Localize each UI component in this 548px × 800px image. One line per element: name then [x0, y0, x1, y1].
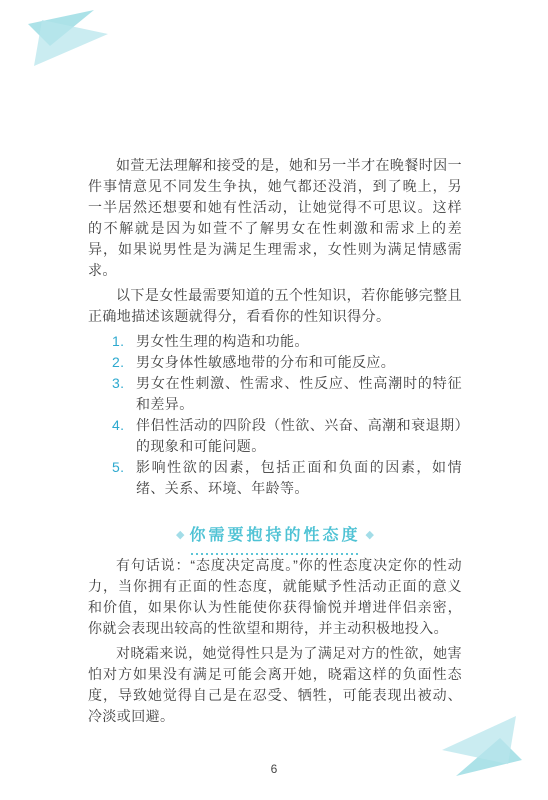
page-content: 如萱无法理解和接受的是，她和另一半才在晚餐时因一件事情意见不同发生争执，她气都还… — [88, 155, 462, 731]
diamond-icon: ◆ — [366, 529, 374, 541]
paragraph-attitude: 有句话说：“态度决定高度。”你的性态度决定你的性动力，当你拥有正面的性态度，就能… — [88, 555, 462, 639]
list-item-number: 2. — [112, 352, 124, 373]
list-item-text: 影响性欲的因素，包括正面和负面的因素，如情绪、关系、环境、年龄等。 — [136, 459, 462, 496]
page-number: 6 — [0, 762, 548, 776]
paragraph-five-knowledge-intro: 以下是女性最需要知道的五个性知识，若你能够完整且正确地描述该题就得分，看看你的性… — [88, 285, 462, 327]
list-item: 1. 男女性生理的构造和功能。 — [88, 331, 462, 352]
list-item-number: 1. — [112, 331, 124, 352]
list-item-number: 3. — [112, 373, 124, 394]
triangle-motif-icon — [26, 8, 110, 70]
knowledge-list: 1. 男女性生理的构造和功能。 2. 男女身体性敏感地带的分布和可能反应。 3.… — [88, 331, 462, 499]
list-item-number: 5. — [112, 457, 124, 478]
section-heading: ◆你需要抱持的性态度◆ — [88, 523, 462, 548]
list-item: 3. 男女在性刺激、性需求、性反应、性高潮时的特征和差异。 — [88, 373, 462, 415]
paragraph-ruxuan-story: 如萱无法理解和接受的是，她和另一半才在晚餐时因一件事情意见不同发生争执，她气都还… — [88, 155, 462, 281]
list-item-text: 伴侣性活动的四阶段（性欲、兴奋、高潮和衰退期）的现象和可能问题。 — [136, 417, 462, 454]
list-item: 2. 男女身体性敏感地带的分布和可能反应。 — [88, 352, 462, 373]
list-item-number: 4. — [112, 415, 124, 436]
corner-ornament-top-left — [26, 8, 110, 75]
section-heading-text: 你需要抱持的性态度 — [189, 527, 360, 544]
list-item-text: 男女在性刺激、性需求、性反应、性高潮时的特征和差异。 — [136, 375, 462, 412]
section-heading-block: ◆你需要抱持的性态度◆ — [88, 523, 462, 555]
list-item: 5. 影响性欲的因素，包括正面和负面的因素，如情绪、关系、环境、年龄等。 — [88, 457, 462, 499]
diamond-icon: ◆ — [176, 529, 184, 541]
list-item-text: 男女身体性敏感地带的分布和可能反应。 — [136, 354, 395, 370]
paragraph-xiaoshuang: 对晓霜来说，她觉得性只是为了满足对方的性欲，她害怕对方如果没有满足可能会离开她，… — [88, 643, 462, 727]
list-item: 4. 伴侣性活动的四阶段（性欲、兴奋、高潮和衰退期）的现象和可能问题。 — [88, 415, 462, 457]
list-item-text: 男女性生理的构造和功能。 — [136, 333, 309, 349]
book-page: 如萱无法理解和接受的是，她和另一半才在晚餐时因一件事情意见不同发生争执，她气都还… — [0, 0, 548, 800]
